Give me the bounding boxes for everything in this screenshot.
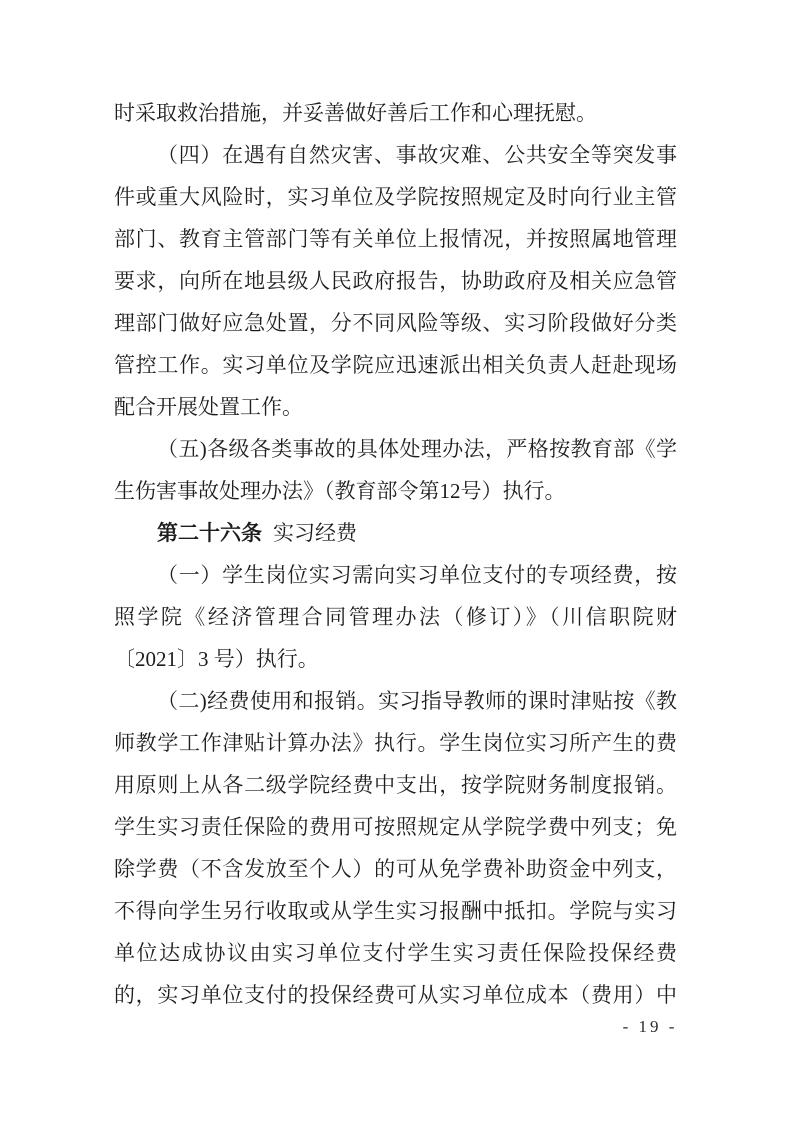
text-line: 不得向学生另行收取或从学生实习报酬中抵扣。学院与实习 [114,890,677,932]
text-line: 件或重大风险时，实习单位及学院按照规定及时向行业主管 [114,176,677,218]
text-line: （五)各级各类事故的具体处理办法，严格按教育部《学 [114,428,677,470]
document-page: 时采取救治措施，并妥善做好善后工作和心理抚慰。（四）在遇有自然灾害、事故灾难、公… [0,0,793,1122]
text-line: 理部门做好应急处置，分不同风险等级、实习阶段做好分类 [114,302,677,344]
text-line: 的，实习单位支付的投保经费可从实习单位成本（费用）中 [114,974,677,1016]
article-heading-line: 第二十六条实习经费 [114,512,677,554]
text-line: 师教学工作津贴计算办法》执行。学生岗位实习所产生的费 [114,722,677,764]
text-line: 照学院《经济管理合同管理办法（修订）》（川信职院财 [114,596,677,638]
text-line: 生伤害事故处理办法》（教育部令第12号）执行。 [114,470,677,512]
text-line: 单位达成协议由实习单位支付学生实习责任保险投保经费 [114,932,677,974]
text-line: 管控工作。实习单位及学院应迅速派出相关负责人赶赴现场 [114,344,677,386]
text-line: 要求，向所在地县级人民政府报告，协助政府及相关应急管 [114,260,677,302]
text-line: 学生实习责任保险的费用可按照规定从学院学费中列支；免 [114,806,677,848]
text-line: （四）在遇有自然灾害、事故灾难、公共安全等突发事 [114,134,677,176]
document-body: 时采取救治措施，并妥善做好善后工作和心理抚慰。（四）在遇有自然灾害、事故灾难、公… [114,92,677,1016]
text-line: 配合开展处置工作。 [114,386,677,428]
article-heading-title: 实习经费 [273,521,357,545]
text-line: 〔2021〕3 号）执行。 [114,638,677,680]
text-line: （一）学生岗位实习需向实习单位支付的专项经费，按 [114,554,677,596]
article-heading-number: 第二十六条 [157,521,262,545]
text-line: 部门、教育主管部门等有关单位上报情况，并按照属地管理 [114,218,677,260]
text-line: 用原则上从各二级学院经费中支出，按学院财务制度报销。 [114,764,677,806]
text-line: 除学费（不含发放至个人）的可从免学费补助资金中列支， [114,848,677,890]
page-number: - 19 - [560,1014,740,1040]
text-line: （二)经费使用和报销。实习指导教师的课时津贴按《教 [114,680,677,722]
text-line: 时采取救治措施，并妥善做好善后工作和心理抚慰。 [114,92,677,134]
